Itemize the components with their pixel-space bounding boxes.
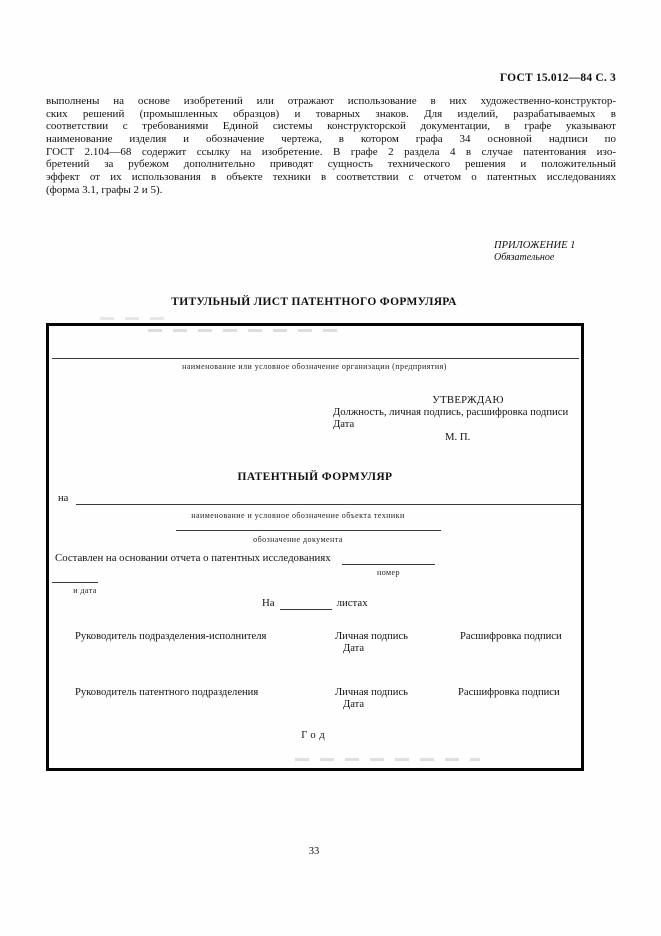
intro-line: (форма 3.1, графы 2 и 5).	[46, 184, 616, 197]
stamp-place-label: М. П.	[333, 431, 583, 443]
intro-line: соответствии с требованиями Единой систе…	[46, 120, 616, 133]
approve-signature-line: Должность, личная подпись, расшифровка п…	[333, 406, 583, 418]
report-date-caption: и дата	[56, 586, 114, 595]
sheets-count-row: На листах	[262, 597, 368, 610]
sheets-prefix: На	[262, 597, 275, 609]
year-label: Год	[46, 730, 584, 741]
signature-role: Руководитель патентного подразделения	[75, 687, 258, 698]
gost-standard-header: ГОСТ 15.012—84 С. 3	[500, 72, 616, 84]
patent-form-heading: ПАТЕНТНЫЙ ФОРМУЛЯР	[46, 471, 584, 483]
appendix-sublabel: Обязательное	[494, 252, 575, 264]
scan-artifact	[148, 329, 348, 332]
intro-line: выполнены на основе изобретений или отра…	[46, 95, 616, 108]
intro-line: ГОСТ 2.104—68 содержит ссылку на изобрет…	[46, 146, 616, 159]
intro-line: ских решений (промышленных образцов) и т…	[46, 108, 616, 121]
signature-decode-label: Расшифровка подписи	[458, 687, 560, 698]
object-caption: наименование и условное обозначение объе…	[83, 511, 513, 520]
object-fill-line	[76, 495, 581, 505]
na-label: на	[58, 493, 68, 504]
intro-line: эффект от их использования в объекте тех…	[46, 171, 616, 184]
signature-date-label: Дата	[343, 699, 364, 710]
sheets-fill-line	[280, 597, 332, 610]
approve-date-label: Дата	[333, 418, 583, 430]
form-border-box	[46, 323, 584, 771]
signature-role: Руководитель подразделения-исполнителя	[75, 631, 266, 642]
basis-label: Составлен на основании отчета о патентны…	[55, 552, 331, 564]
document-fill-line	[176, 521, 441, 531]
appendix-label: ПРИЛОЖЕНИЕ 1	[494, 240, 575, 252]
approve-title: УТВЕРЖДАЮ	[333, 394, 583, 406]
form-section-title: ТИТУЛЬНЫЙ ЛИСТ ПАТЕНТНОГО ФОРМУЛЯРА	[0, 296, 628, 308]
signature-date-label: Дата	[343, 643, 364, 654]
document-page: ГОСТ 15.012—84 С. 3 выполнены на основе …	[0, 0, 661, 936]
sheets-suffix: листах	[337, 597, 368, 609]
scan-artifact	[100, 317, 165, 320]
page-number: 33	[299, 846, 329, 857]
report-date-fill-line	[52, 574, 98, 583]
scan-artifact	[295, 758, 480, 761]
organization-fill-line	[52, 348, 579, 359]
intro-line: бретений за рубежом дополнительно привод…	[46, 158, 616, 171]
approval-block: УТВЕРЖДАЮ Должность, личная подпись, рас…	[333, 394, 583, 443]
signature-sign-label: Личная подпись	[335, 631, 408, 642]
document-caption: обозначение документа	[83, 535, 513, 544]
signature-decode-label: Расшифровка подписи	[460, 631, 562, 642]
intro-line: наименование изделия и обозначение черте…	[46, 133, 616, 146]
appendix-block: ПРИЛОЖЕНИЕ 1 Обязательное	[494, 240, 575, 263]
report-number-fill-line	[342, 556, 435, 565]
signature-sign-label: Личная подпись	[335, 687, 408, 698]
report-number-caption: номер	[342, 568, 435, 577]
organization-caption: наименование или условное обозначение ор…	[49, 362, 580, 371]
intro-paragraph: выполнены на основе изобретений или отра…	[46, 95, 616, 196]
